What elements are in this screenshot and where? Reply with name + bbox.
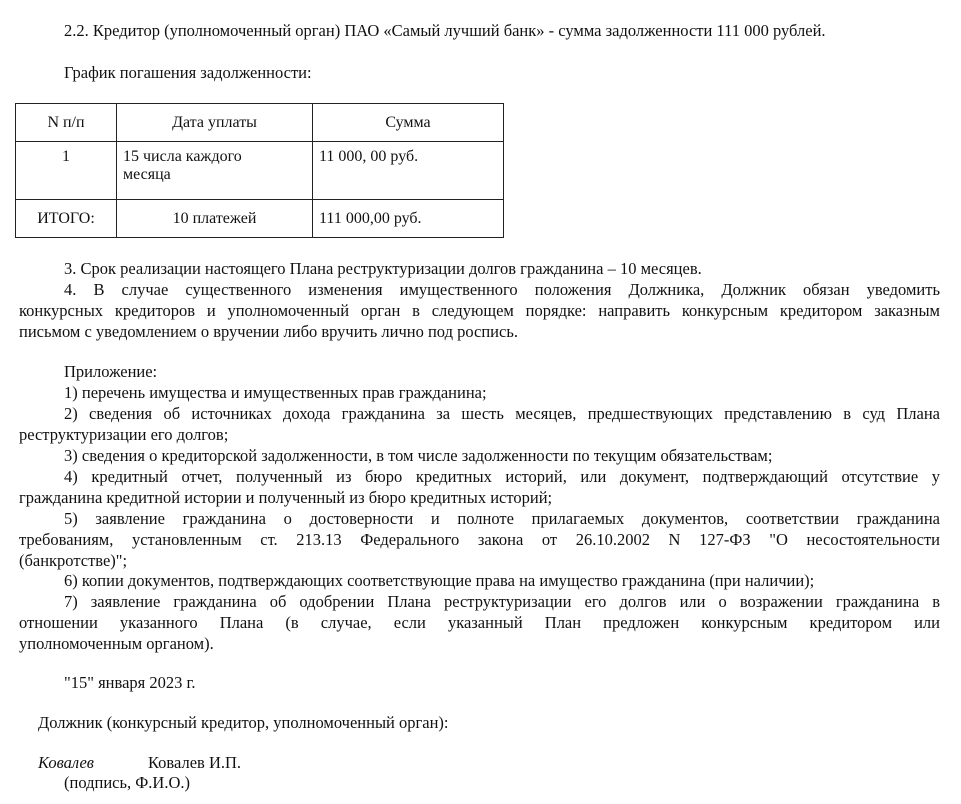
appendix-item-5-line2: требованиям, установленным ст. 213.13 Фе… xyxy=(19,530,940,550)
table-total-row: ИТОГО: 10 платежей 111 000,00 руб. xyxy=(16,200,504,238)
appendix-item-6: 6) копии документов, подтверждающих соот… xyxy=(64,571,814,591)
row-date: 15 числа каждого месяца xyxy=(117,142,313,200)
appendix-item-7-line1: 7) заявление гражданина об одобрении Пла… xyxy=(64,592,940,612)
appendix-item-5-line3: (банкротстве)"; xyxy=(19,551,127,571)
appendix-item-1: 1) перечень имущества и имущественных пр… xyxy=(64,383,487,403)
header-sum: Сумма xyxy=(313,104,504,142)
table-row: 1 15 числа каждого месяца 11 000, 00 руб… xyxy=(16,142,504,200)
debtor-label: Должник (конкурсный кредитор, уполномоче… xyxy=(38,713,449,733)
appendix-item-4-line2: гражданина кредитной истории и полученны… xyxy=(19,488,552,508)
total-sum: 111 000,00 руб. xyxy=(313,200,504,238)
full-name: Ковалев И.П. xyxy=(148,753,241,773)
row-number: 1 xyxy=(16,142,117,200)
section-4-line2: конкурсных кредиторов и уполномоченный о… xyxy=(19,301,940,321)
appendix-title: Приложение: xyxy=(64,362,157,382)
document-date: "15" января 2023 г. xyxy=(64,673,196,693)
total-label: ИТОГО: xyxy=(16,200,117,238)
section-4-line3: письмом с уведомлением о вручении либо в… xyxy=(19,322,518,342)
section-2-2: 2.2. Кредитор (уполномоченный орган) ПАО… xyxy=(64,21,826,41)
signature: Ковалев xyxy=(38,753,94,773)
header-number: N п/п xyxy=(16,104,117,142)
section-4-line1: 4. В случае существенного изменения имущ… xyxy=(64,280,940,300)
schedule-title: График погашения задолженности: xyxy=(64,63,312,83)
appendix-item-7-line2: отношении указанного Плана (в случае, ес… xyxy=(19,613,940,633)
row-sum: 11 000, 00 руб. xyxy=(313,142,504,200)
appendix-item-2-line1: 2) сведения об источниках дохода граждан… xyxy=(64,404,940,424)
total-payments: 10 платежей xyxy=(117,200,313,238)
appendix-item-7-line3: уполномоченным органом). xyxy=(19,634,214,654)
signature-caption: (подпись, Ф.И.О.) xyxy=(64,773,190,793)
appendix-item-4-line1: 4) кредитный отчет, полученный из бюро к… xyxy=(64,467,940,487)
payment-schedule-table: N п/п Дата уплаты Сумма 1 15 числа каждо… xyxy=(15,103,504,238)
row-date-line2: месяца xyxy=(123,166,306,184)
section-3: 3. Срок реализации настоящего Плана рест… xyxy=(64,259,702,279)
header-date: Дата уплаты xyxy=(117,104,313,142)
row-date-line1: 15 числа каждого xyxy=(123,148,306,166)
appendix-item-2-line2: реструктуризации его долгов; xyxy=(19,425,228,445)
appendix-item-3: 3) сведения о кредиторской задолженности… xyxy=(64,446,772,466)
appendix-item-5-line1: 5) заявление гражданина о достоверности … xyxy=(64,509,940,529)
table-header-row: N п/п Дата уплаты Сумма xyxy=(16,104,504,142)
